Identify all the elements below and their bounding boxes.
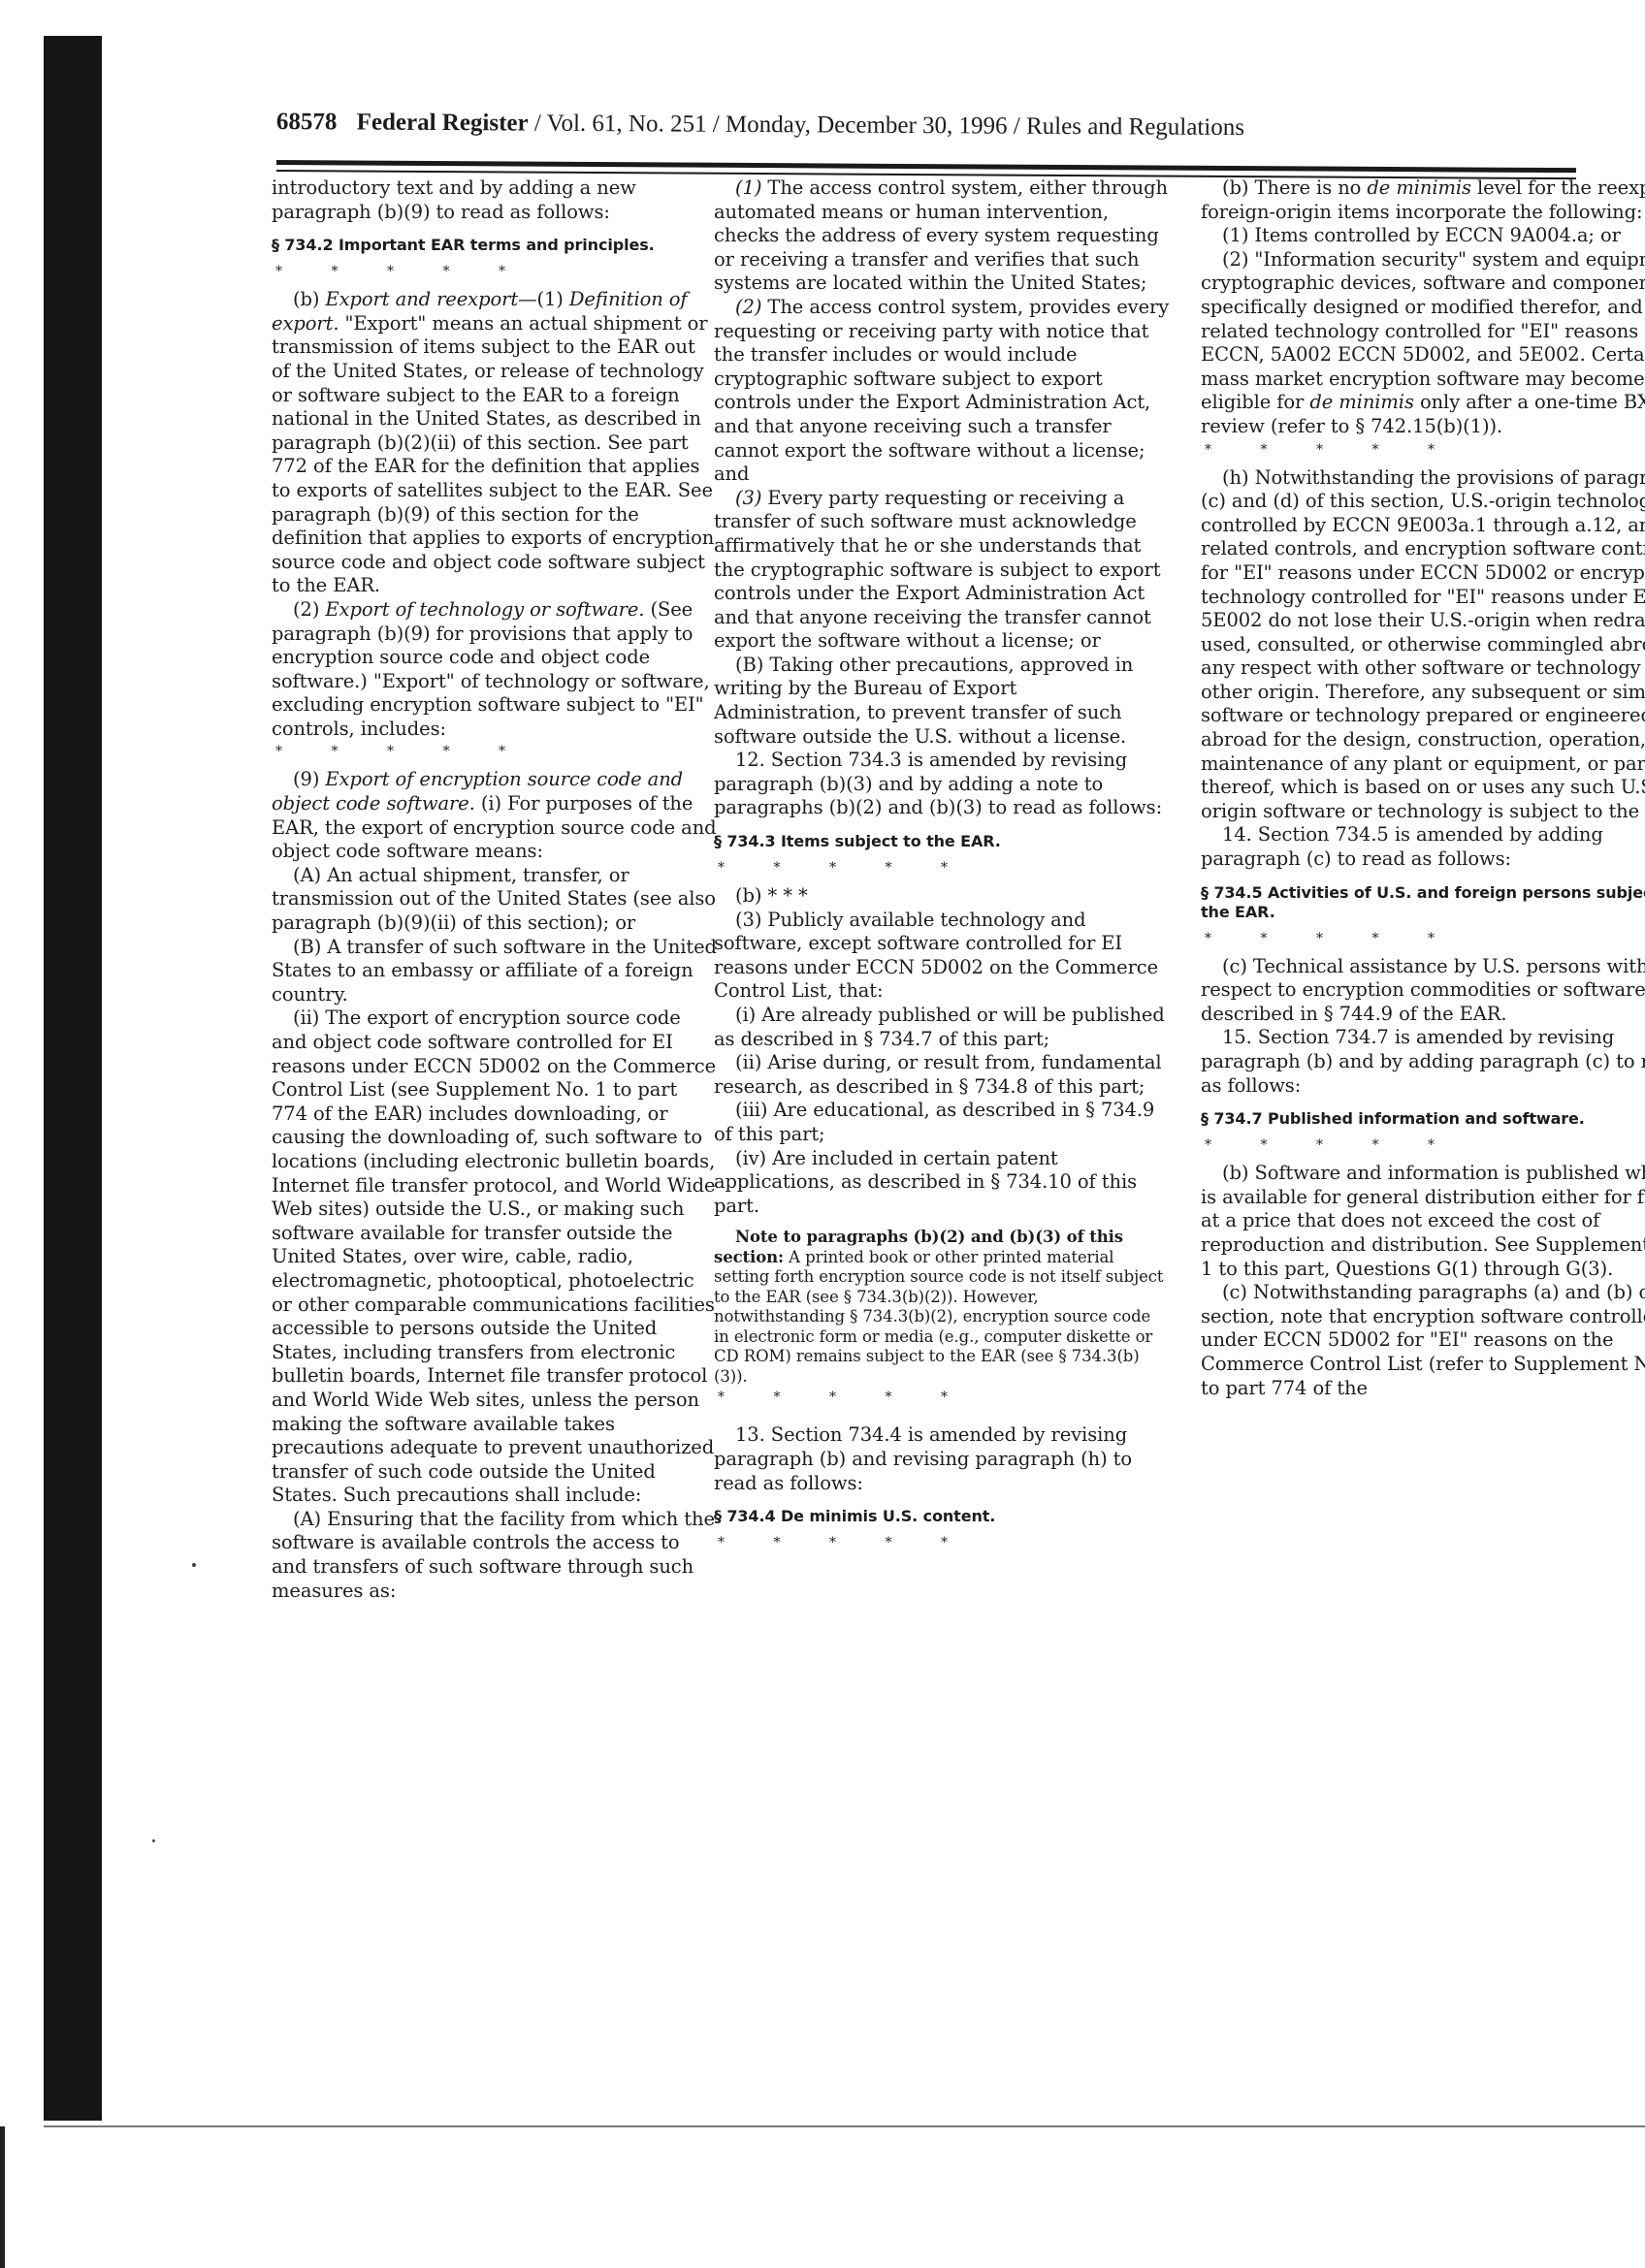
paragraph-b-deminimis: (b) There is no de minimis level for the…: [1201, 176, 1645, 224]
paragraph-b9: (9) Export of encryption source code and…: [272, 768, 718, 863]
paragraph-item-B: (B) Taking other precautions, approved i…: [714, 654, 1170, 749]
column-1: introductory text and by adding a new pa…: [272, 176, 718, 1603]
omission-stars: *****: [275, 743, 508, 760]
scanner-edge-bar: [0, 2126, 5, 2268]
paragraph-b-published: (b) Software and information is publishe…: [1201, 1162, 1645, 1281]
section-heading-734-4: § 734.4 De minimis U.S. content.: [714, 1507, 1170, 1526]
paragraph-b-stars: (b) * * *: [714, 884, 1170, 909]
paragraph-item-1: (1) The access control system, either th…: [714, 176, 1170, 296]
omission-stars: *****: [718, 1389, 951, 1406]
paragraph-b3-i: (i) Are already published or will be pub…: [714, 1004, 1170, 1051]
section-heading-734-3: § 734.3 Items subject to the EAR.: [714, 832, 1170, 851]
omission-stars: *****: [718, 859, 951, 877]
paragraph-c-notwithstanding: (c) Notwithstanding paragraphs (a) and (…: [1201, 1281, 1645, 1400]
scan-speck: [152, 1839, 155, 1842]
paragraph-b2: (2) Export of technology or software. (S…: [272, 598, 718, 742]
paragraph-b1: (b) Export and reexport—(1) Definition o…: [272, 288, 718, 598]
paragraph-b1-items: (1) Items controlled by ECCN 9A004.a; or: [1201, 224, 1645, 248]
omission-stars: *****: [1205, 1136, 1437, 1154]
amendment-14: 14. Section 734.5 is amended by adding p…: [1201, 823, 1645, 871]
omission-stars: *****: [275, 263, 508, 280]
section-heading-734-2: § 734.2 Important EAR terms and principl…: [272, 236, 718, 255]
paragraph-b9-B: (B) A transfer of such software in the U…: [272, 936, 718, 1007]
amendment-15: 15. Section 734.7 is amended by revising…: [1201, 1026, 1645, 1098]
scanner-margin-bar: [44, 36, 102, 2121]
paragraph-h: (h) Notwithstanding the provisions of pa…: [1201, 466, 1645, 824]
paragraph-c-technical: (c) Technical assistance by U.S. persons…: [1201, 955, 1645, 1027]
column-2: (1) The access control system, either th…: [714, 176, 1170, 1559]
section-heading-734-7: § 734.7 Published information and softwa…: [1201, 1109, 1645, 1129]
scan-speck: [192, 1563, 196, 1567]
omission-stars: *****: [1205, 441, 1437, 459]
issue-info: / Vol. 61, No. 251 / Monday, December 30…: [534, 111, 1244, 141]
page-number: 68578: [276, 109, 338, 135]
page-header: 68578 Federal Register / Vol. 61, No. 25…: [276, 109, 1542, 144]
paragraph-b9-ii: (ii) The export of encryption source cod…: [272, 1006, 718, 1507]
intro-text: introductory text and by adding a new pa…: [272, 176, 718, 224]
paragraph-b3: (3) Publicly available technology and so…: [714, 909, 1170, 1004]
amendment-12: 12. Section 734.3 is amended by revising…: [714, 749, 1170, 820]
section-heading-734-5: § 734.5 Activities of U.S. and foreign p…: [1201, 883, 1645, 922]
paragraph-item-3: (3) Every party requesting or receiving …: [714, 487, 1170, 654]
omission-stars: *****: [1205, 930, 1437, 947]
amendment-13: 13. Section 734.4 is amended by revising…: [714, 1423, 1170, 1495]
paragraph-b3-iii: (iii) Are educational, as described in §…: [714, 1099, 1170, 1146]
omission-stars: *****: [718, 1534, 951, 1551]
note-paragraph: Note to paragraphs (b)(2) and (b)(3) of …: [714, 1228, 1170, 1387]
publication-title: Federal Register: [357, 110, 529, 137]
column-3: (b) There is no de minimis level for the…: [1201, 176, 1645, 1400]
paragraph-b3-ii: (ii) Arise during, or result from, funda…: [714, 1051, 1170, 1099]
paragraph-b2-infosec: (2) "Information security" system and eq…: [1201, 248, 1645, 439]
paragraph-b9-A: (A) An actual shipment, transfer, or tra…: [272, 864, 718, 936]
scan-page-edge: [44, 2125, 1645, 2127]
paragraph-b9-ii-A: (A) Ensuring that the facility from whic…: [272, 1508, 718, 1603]
paragraph-item-2: (2) The access control system, provides …: [714, 296, 1170, 487]
paragraph-b3-iv: (iv) Are included in certain patent appl…: [714, 1147, 1170, 1219]
